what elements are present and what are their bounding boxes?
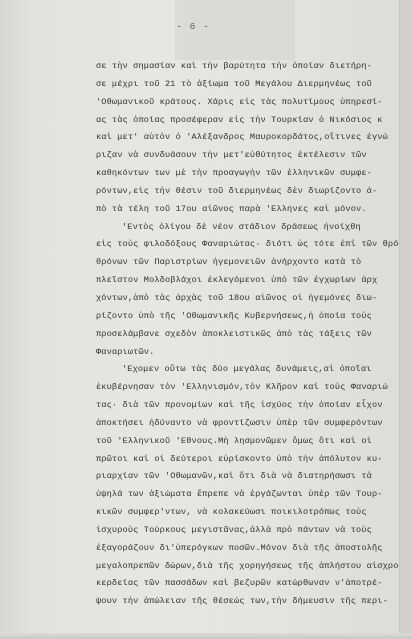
text-line: τας· διὰ τῶν προνομίων καὶ τῆς ἰσχύος τὴ… xyxy=(96,397,408,415)
document-page: - 6 - σε τὴν σημασίαν καὶ τὴν βαρύτητα τ… xyxy=(0,0,400,639)
text-line: τοῦ 'Ελληνικοῦ 'Εθνους.Μὴ λησμονῶμεν ὅμω… xyxy=(96,433,408,451)
text-line: πρῶτοι καὶ οἱ δεύτεροι εὑρίσκοντο ὑπὸ τὴ… xyxy=(96,451,408,469)
text-line: ἀποκτήσει ἠδύναντο νὰ φροντίζωσιν ὑπὲρ τ… xyxy=(96,415,408,433)
text-line: ἐκυβέρνησαν τὸν 'Ελληνισμόν,τὸν Κλῆρον κ… xyxy=(96,379,408,397)
text-line: ρόντων,εἰς τὴν θέσιν τοῦ διερμηνέως δὲν … xyxy=(96,183,408,201)
text-line: κερδείας τῶν πασσάδων καὶ βεζυρῶν κατώρθ… xyxy=(96,575,408,593)
text-line: ας τὰς ὁποίας προσέφεραν εἰς τὴν Τουρκία… xyxy=(96,112,408,130)
paragraph-start-line: 'Εντὸς ὀλίγου δὲ νέον στάδιον δράσεως ἠν… xyxy=(96,219,408,237)
text-line: πὸ τὰ τέλη τοῦ 17ου αἰῶνος παρὰ 'Ελληνες… xyxy=(96,201,408,219)
paragraph-start-line: 'Εχομεν οὕτω τὰς δύο μεγάλας δυνάμεις,αἱ… xyxy=(96,361,408,379)
text-line: χόντων,ἀπὸ τὰς ἀρχὰς τοῦ 18ου αἰῶνος οἱ … xyxy=(96,290,408,308)
typewritten-text-body: σε τὴν σημασίαν καὶ τὴν βαρύτητα τὴν ὁπο… xyxy=(96,58,408,611)
page-bottom-edge xyxy=(0,633,412,639)
text-line: ριαρχίαν τῶν 'Οθωμανῶν,καὶ ὅτι διὰ νὰ δι… xyxy=(96,468,408,486)
page-edge-shadow xyxy=(399,0,412,639)
text-line: ψουν τὴν ἀπώλειαν τῆς θέσεώς των,τὴν δήμ… xyxy=(96,593,408,611)
text-line: ἰσχυροὺς Τούρκους μεγιστᾶνας,ἀλλὰ πρὸ πά… xyxy=(96,522,408,540)
text-line: Φαναριωτῶν. xyxy=(96,344,408,362)
text-line: κικῶν συμφερ'ντων, νὰ κολακεύωσι ποικιλο… xyxy=(96,504,408,522)
text-line: ριζαν νὰ συνδυάσουν τὴν μετ'εὐθύτητος ἐκ… xyxy=(96,147,408,165)
text-line: καθηκόντων των μὲ τὴν προαγωγὴν τῶν ἑλλη… xyxy=(96,165,408,183)
text-line: πλεῖστον Μολδοβλάχοι ἐκλεγόμενοι ὑπὸ τῶν… xyxy=(96,272,408,290)
text-line: 'Οθωμανικοῦ κράτους. Χάρις εἰς τὰς πολυτ… xyxy=(96,94,408,112)
text-line: θρόνων τῶν Παριστρίων ἡγεμονειῶν ἀνήρχον… xyxy=(96,254,408,272)
text-line: εἰς τοὺς φιλοδόξους Φαναριώτας· διότι ὡς… xyxy=(96,236,408,254)
text-line: σε μέχρι τοῦ 21 τὸ ἀξίωμα τοῦ Μεγάλου Δι… xyxy=(96,76,408,94)
page-number: - 6 - xyxy=(168,21,218,32)
text-line: μεγαλοπρεπῶν δώρων,διὰ τῆς χορηγήσεως τῆ… xyxy=(96,558,408,576)
text-line: ἐξαγοράζουν δι'ὑπερόγκων ποσῶν.Μόνον διὰ… xyxy=(96,540,408,558)
text-line: σε τὴν σημασίαν καὶ τὴν βαρύτητα τὴν ὁπο… xyxy=(96,58,408,76)
text-line: καὶ μετ' αὐτὸν ὁ 'Αλέξανδρος Μαυροκορδάτ… xyxy=(96,129,408,147)
text-line: ὑψηλά των ἀξιώματα ἔπρεπε νὰ ἐργάζωνται … xyxy=(96,486,408,504)
text-line: προσελάμβανε σχεδὸν ἀποκλειστικῶς ἀπὸ τὰ… xyxy=(96,326,408,344)
text-line: ρίζοντο ὑπὸ τῆς 'Οθωμανικῆς Κυβερνήσεως,… xyxy=(96,308,408,326)
